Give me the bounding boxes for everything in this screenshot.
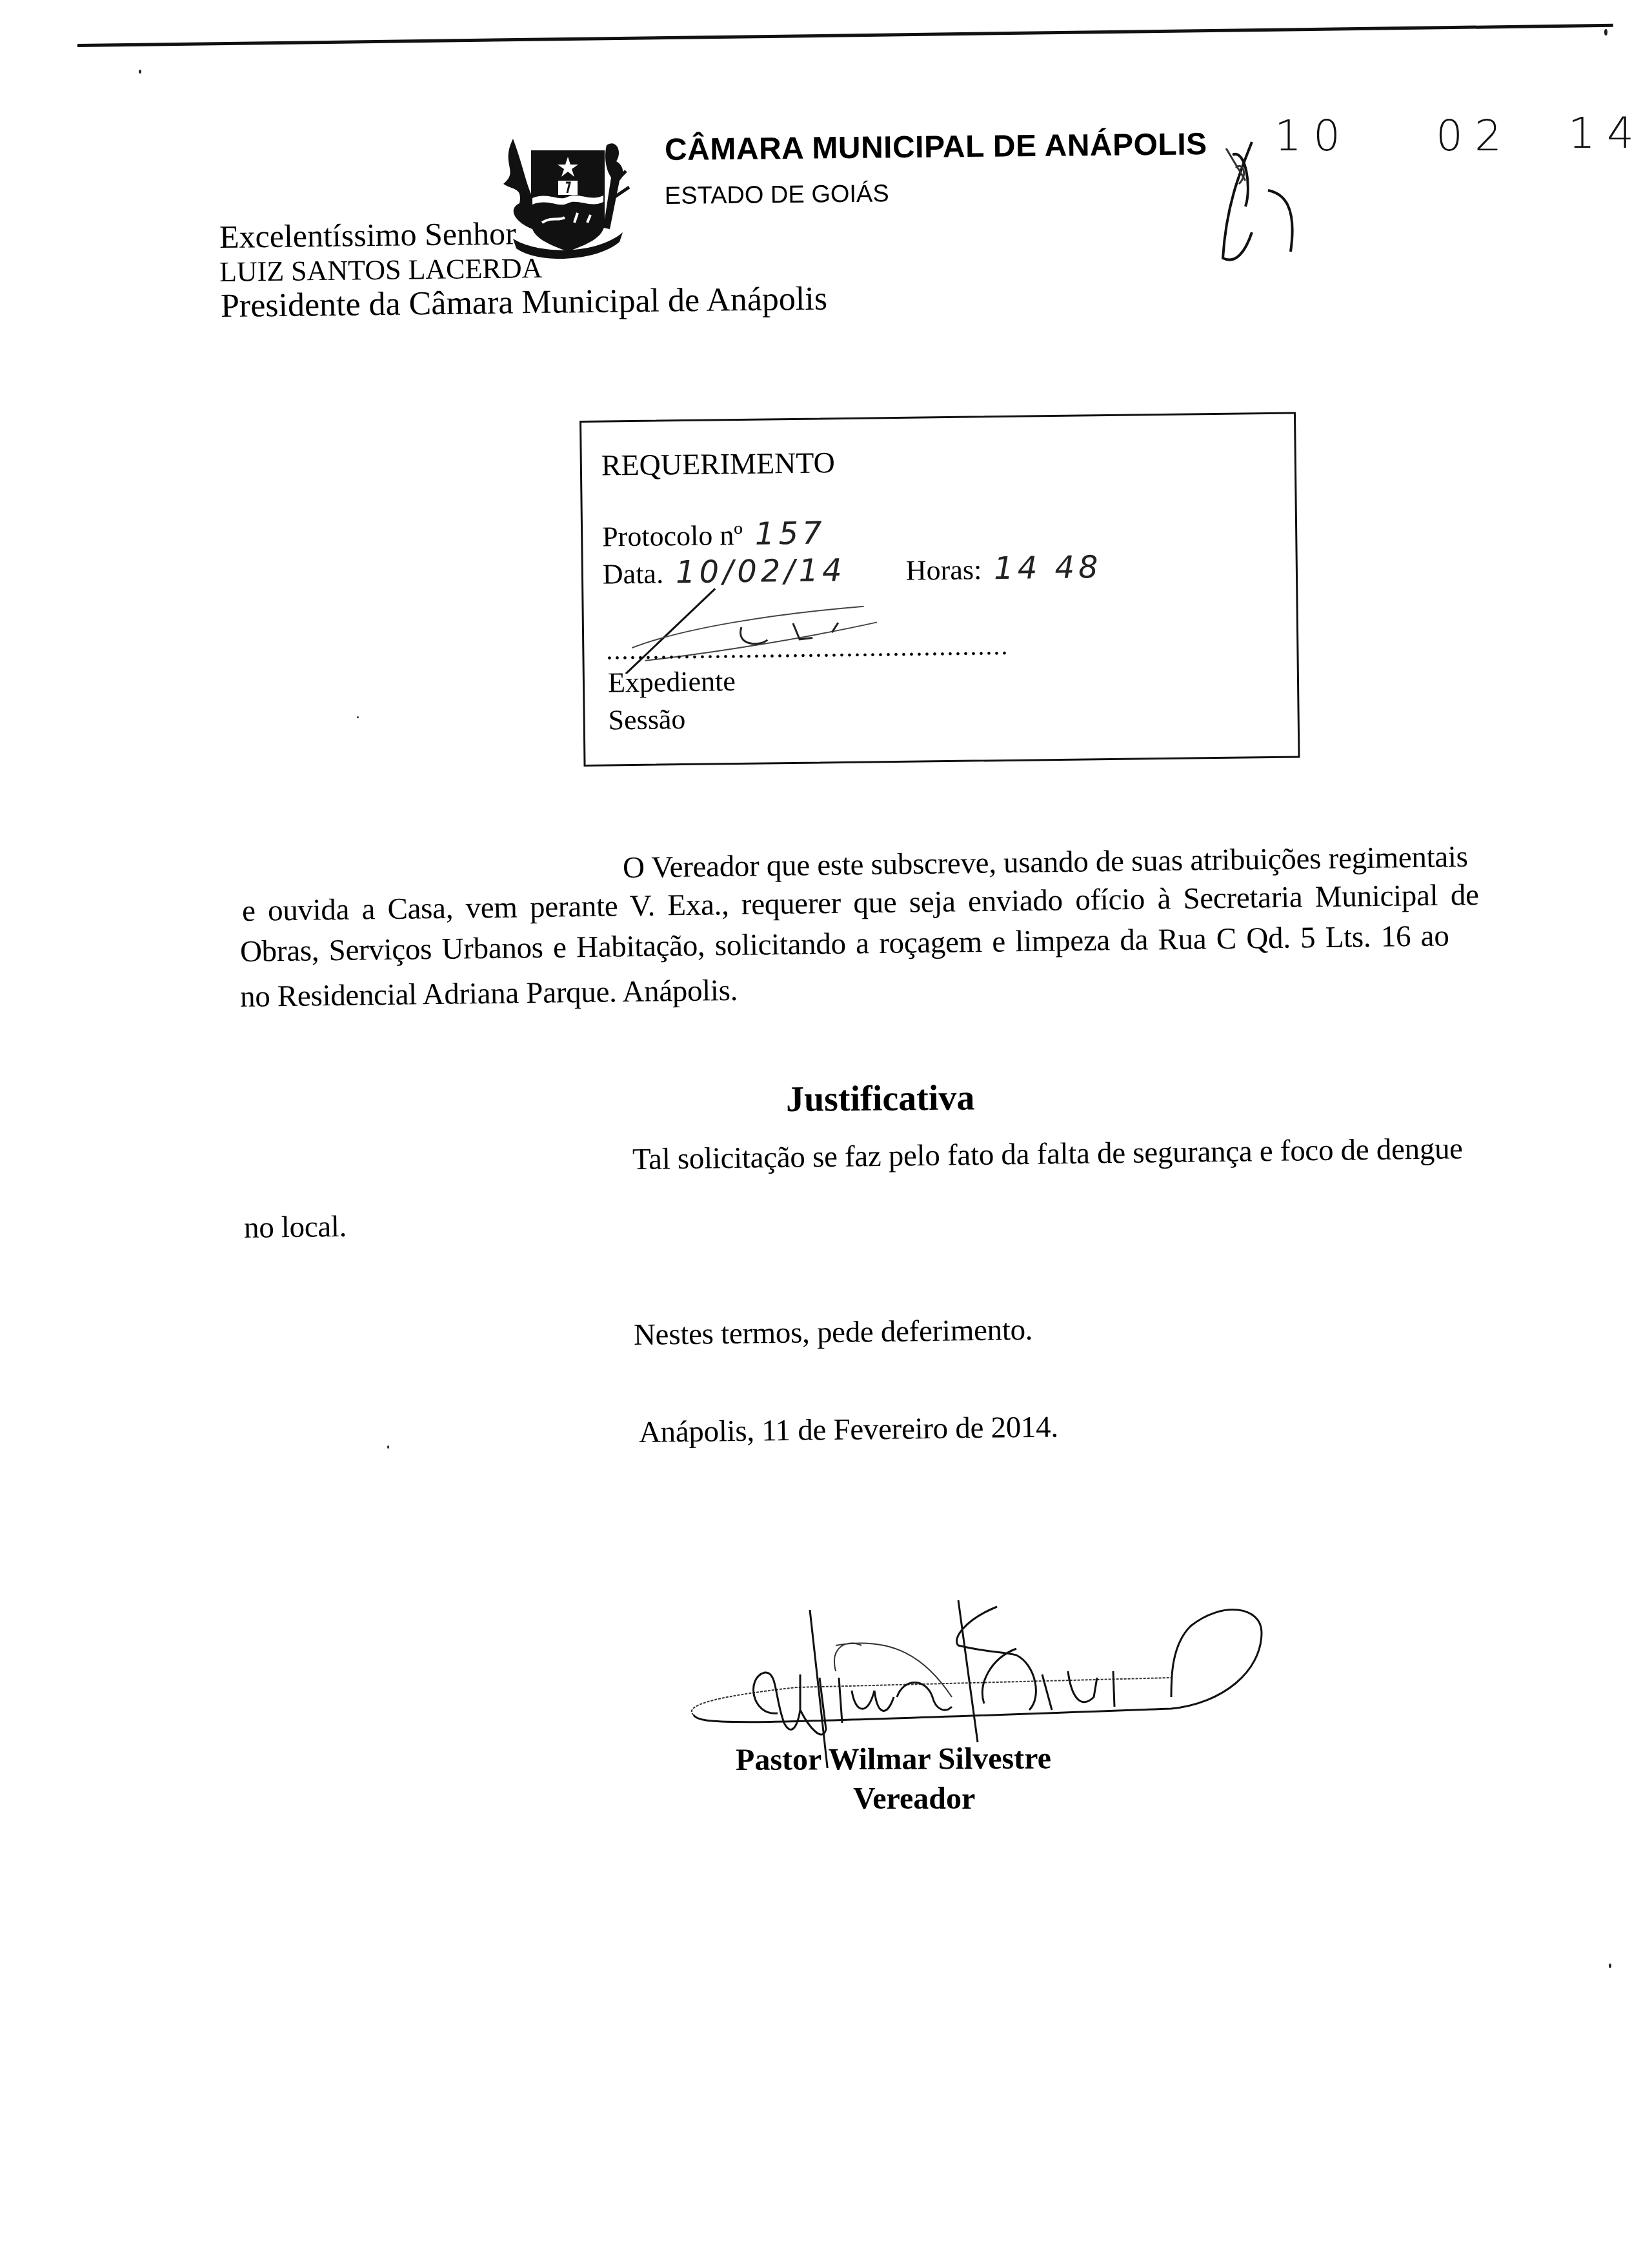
justification-heading: Justificativa bbox=[786, 1077, 975, 1120]
organization-name: CÂMARA MUNICIPAL DE ANÁPOLIS bbox=[665, 126, 1207, 168]
receipt-day: 10 bbox=[1274, 111, 1352, 161]
scan-speck bbox=[139, 70, 141, 74]
addressee-salutation: Excelentíssimo Senhor bbox=[219, 214, 516, 256]
scan-speck bbox=[1609, 1964, 1611, 1968]
signer-role: Vereador bbox=[853, 1781, 975, 1816]
expediente-label: Expediente bbox=[608, 665, 736, 699]
scan-speck bbox=[387, 1445, 389, 1449]
protocol-label: Protocolo nº bbox=[602, 519, 743, 553]
signature-dotted-line: ........................................… bbox=[606, 630, 1009, 666]
top-rule-divider bbox=[77, 24, 1613, 47]
scan-speck bbox=[357, 716, 359, 718]
sessao-label: Sessão bbox=[608, 703, 685, 736]
justification-line-1: Tal solicitação se faz pelo fato da falt… bbox=[632, 1131, 1463, 1177]
place-and-date: Anápolis, 11 de Fevereiro de 2014. bbox=[639, 1409, 1058, 1450]
body-line-4: no Residencial Adriana Parque. Anápolis. bbox=[240, 973, 738, 1014]
protocol-number-row: Protocolo nº 157 bbox=[602, 515, 826, 554]
protocol-box-title: REQUERIMENTO bbox=[601, 445, 836, 482]
addressee-title: Presidente da Câmara Municipal de Anápol… bbox=[221, 280, 828, 325]
protocol-box: REQUERIMENTO Protocolo nº 157 Data. 10/0… bbox=[579, 412, 1300, 767]
hours-value: 14 48 bbox=[994, 549, 1102, 587]
closing-request: Nestes termos, pede deferimento. bbox=[634, 1312, 1033, 1352]
protocol-number: 157 bbox=[755, 515, 826, 552]
scan-speck bbox=[1604, 29, 1607, 35]
organization-state: ESTADO DE GOIÁS bbox=[665, 180, 889, 210]
justification-line-2: no local. bbox=[244, 1209, 347, 1245]
addressee-name: LUIZ SANTOS LACERDA bbox=[219, 252, 543, 288]
receipt-year: 14 bbox=[1568, 108, 1646, 158]
signer-name: Pastor Wilmar Silvestre bbox=[736, 1740, 1051, 1778]
body-line-1: O Vereador que este subscreve, usando de… bbox=[623, 839, 1468, 885]
receipt-month: 02 bbox=[1436, 111, 1513, 161]
